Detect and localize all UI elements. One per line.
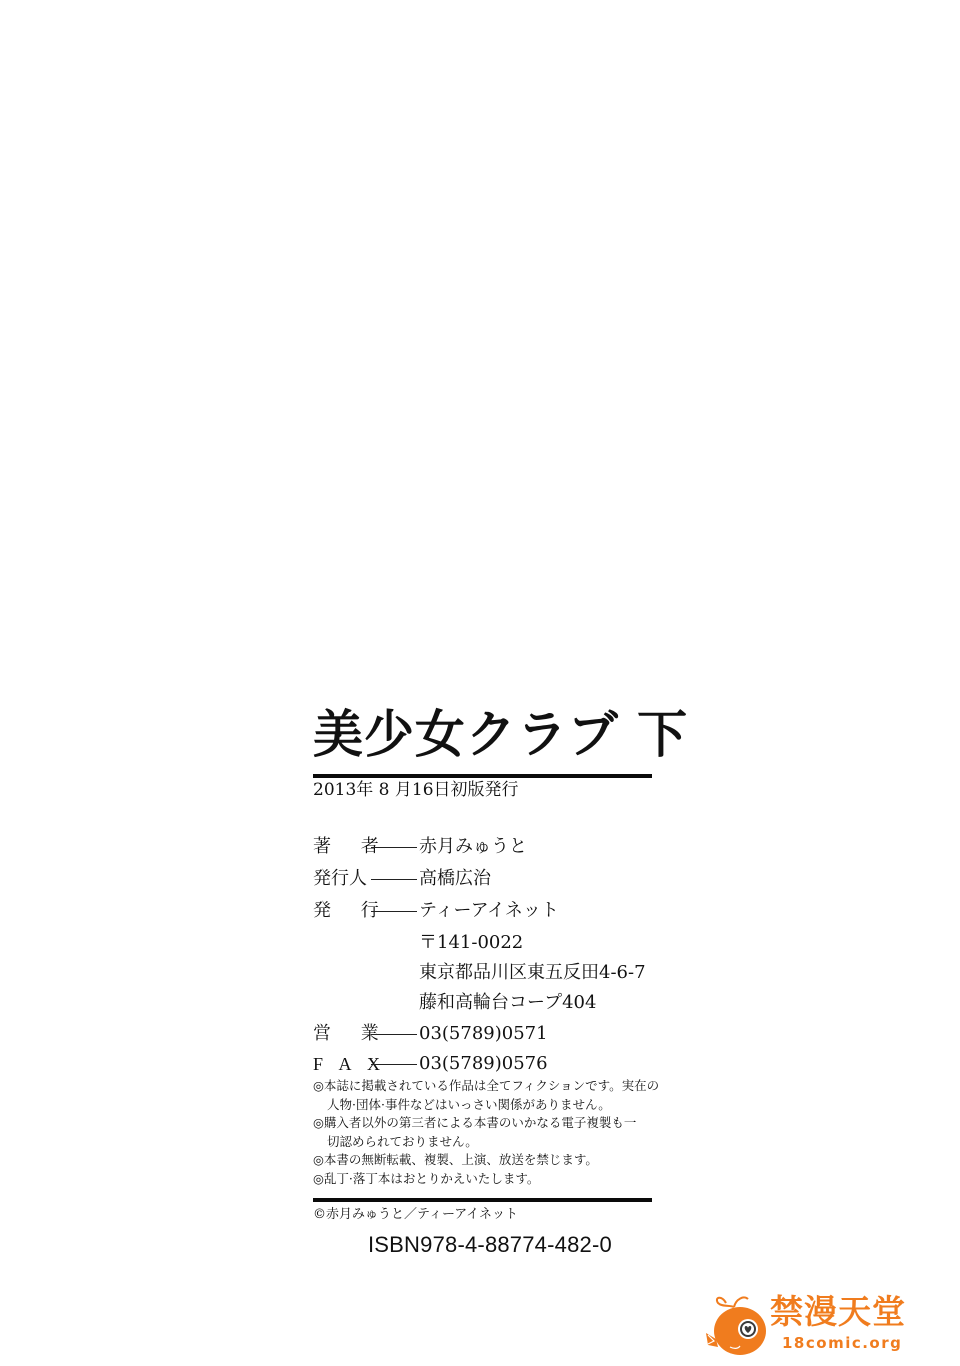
notice-line: ◎本書の無断転載、複製、上演、放送を禁じます。 <box>313 1152 598 1167</box>
contact-label: F A X <box>313 1052 371 1076</box>
credit-label: 著 者 <box>313 835 371 859</box>
notice-line: ◎購入者以外の第三者による本書のいかなる電子複製も一 <box>313 1115 636 1130</box>
notice-reproduction: ◎本書の無断転載、複製、上演、放送を禁じます。 <box>313 1151 658 1170</box>
notice-line: 切認められておりません。 <box>313 1133 658 1152</box>
credit-value: ティーアイネット <box>419 899 559 923</box>
notice-line: ◎本誌に掲載されている作品は全てフィクションです。実在の <box>313 1078 659 1093</box>
notice-line: ◎乱丁·落丁本はおとりかえいたします。 <box>313 1171 539 1186</box>
address-line-1: 東京都品川区東五反田4-6-7 <box>419 961 646 985</box>
site-watermark: 禁漫天堂 18comic.org <box>704 1289 924 1359</box>
watermark-title: 禁漫天堂 <box>770 1293 906 1331</box>
notices-block: ◎本誌に掲載されている作品は全てフィクションです。実在の 人物·団体·事件などは… <box>313 1077 658 1188</box>
contact-label: 営 業 <box>313 1022 371 1046</box>
bottom-rule-divider <box>313 1198 652 1202</box>
credit-value: 赤月みゅうと <box>419 835 527 859</box>
notice-line: 人物·団体·事件などはいっさい関係がありません。 <box>313 1096 658 1115</box>
credit-value: 高橋広治 <box>419 867 491 891</box>
address-line-2: 藤和高輪台コープ404 <box>419 991 596 1015</box>
notice-digital-copy: ◎購入者以外の第三者による本書のいかなる電子複製も一 切認められておりません。 <box>313 1114 658 1151</box>
top-rule-divider <box>313 774 652 778</box>
notice-fiction: ◎本誌に掲載されている作品は全てフィクションです。実在の 人物·団体·事件などは… <box>313 1077 658 1114</box>
credit-row-author: 著 者 赤月みゅうと <box>313 835 527 859</box>
publication-date: 2013年 8 月16日初版発行 <box>313 779 519 801</box>
copyright-line: ©赤月みゅうと／ティーアイネット <box>313 1206 518 1224</box>
isbn-number: ISBN978-4-88774-482-0 <box>368 1232 612 1258</box>
fish-logo-icon <box>704 1289 770 1359</box>
dash-divider <box>371 847 417 848</box>
contact-value: 03(5789)0576 <box>419 1052 548 1076</box>
contact-value: 03(5789)0571 <box>419 1022 548 1046</box>
postal-code: 〒141-0022 <box>419 931 523 955</box>
notice-defects: ◎乱丁·落丁本はおとりかえいたします。 <box>313 1170 658 1189</box>
contact-row-fax: F A X 03(5789)0576 <box>313 1052 548 1076</box>
credit-row-publisher-person: 発行人 高橋広治 <box>313 867 491 891</box>
watermark-url: 18comic.org <box>782 1334 902 1352</box>
dash-divider <box>371 911 417 912</box>
credit-row-publisher: 発 行 ティーアイネット <box>313 899 559 923</box>
dash-divider <box>371 1034 417 1035</box>
dash-divider <box>371 1064 417 1065</box>
contact-row-sales: 営 業 03(5789)0571 <box>313 1022 548 1046</box>
credit-label: 発行人 <box>313 867 371 891</box>
book-title: 美少女クラブ 下 <box>313 705 688 765</box>
dash-divider <box>371 879 417 880</box>
credit-label: 発 行 <box>313 899 371 923</box>
